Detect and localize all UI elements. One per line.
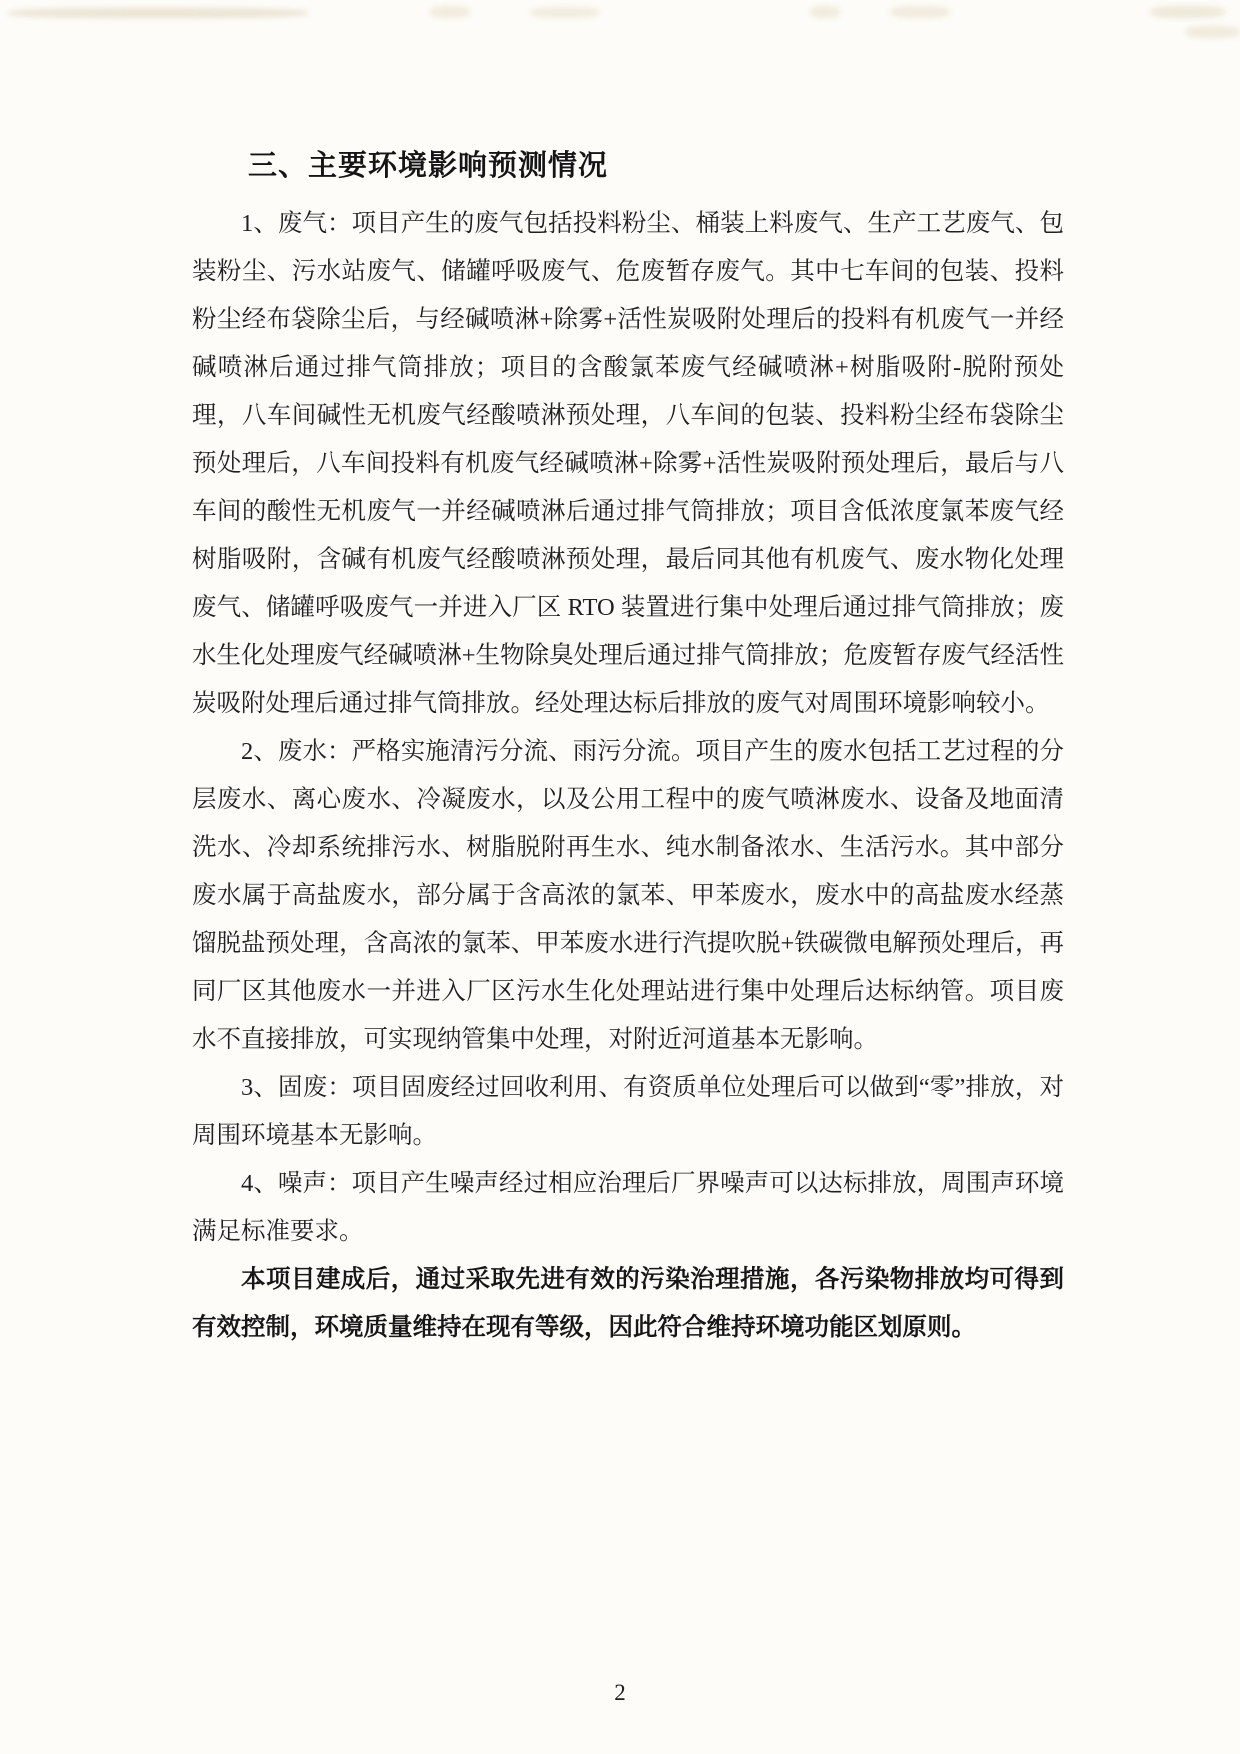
paragraph-conclusion: 本项目建成后，通过采取先进有效的污染治理措施，各污染物排放均可得到有效控制，环境…: [192, 1256, 1064, 1352]
paragraph-wastewater: 2、废水：严格实施清污分流、雨污分流。项目产生的废水包括工艺过程的分层废水、离心…: [192, 728, 1064, 1064]
section-heading: 三、主要环境影响预测情况: [192, 146, 1064, 186]
scan-artifact: [1150, 6, 1225, 18]
scan-artifact: [890, 6, 950, 18]
page-number: 2: [0, 1680, 1240, 1706]
paragraph-solid-waste: 3、固废：项目固废经过回收利用、有资质单位处理后可以做到“零”排放，对周围环境基…: [192, 1064, 1064, 1160]
paragraph-waste-gas: 1、废气：项目产生的废气包括投料粉尘、桶装上料废气、生产工艺废气、包装粉尘、污水…: [192, 200, 1064, 728]
scanned-document-page: 三、主要环境影响预测情况 1、废气：项目产生的废气包括投料粉尘、桶装上料废气、生…: [0, 0, 1240, 1754]
scan-artifact: [1185, 26, 1240, 38]
scan-artifact: [530, 7, 600, 18]
scan-artifact: [8, 8, 308, 18]
scan-artifact: [810, 6, 840, 18]
document-body: 三、主要环境影响预测情况 1、废气：项目产生的废气包括投料粉尘、桶装上料废气、生…: [192, 146, 1064, 1352]
scan-artifact: [430, 6, 470, 18]
paragraph-noise: 4、噪声：项目产生噪声经过相应治理后厂界噪声可以达标排放，周围声环境满足标准要求…: [192, 1160, 1064, 1256]
